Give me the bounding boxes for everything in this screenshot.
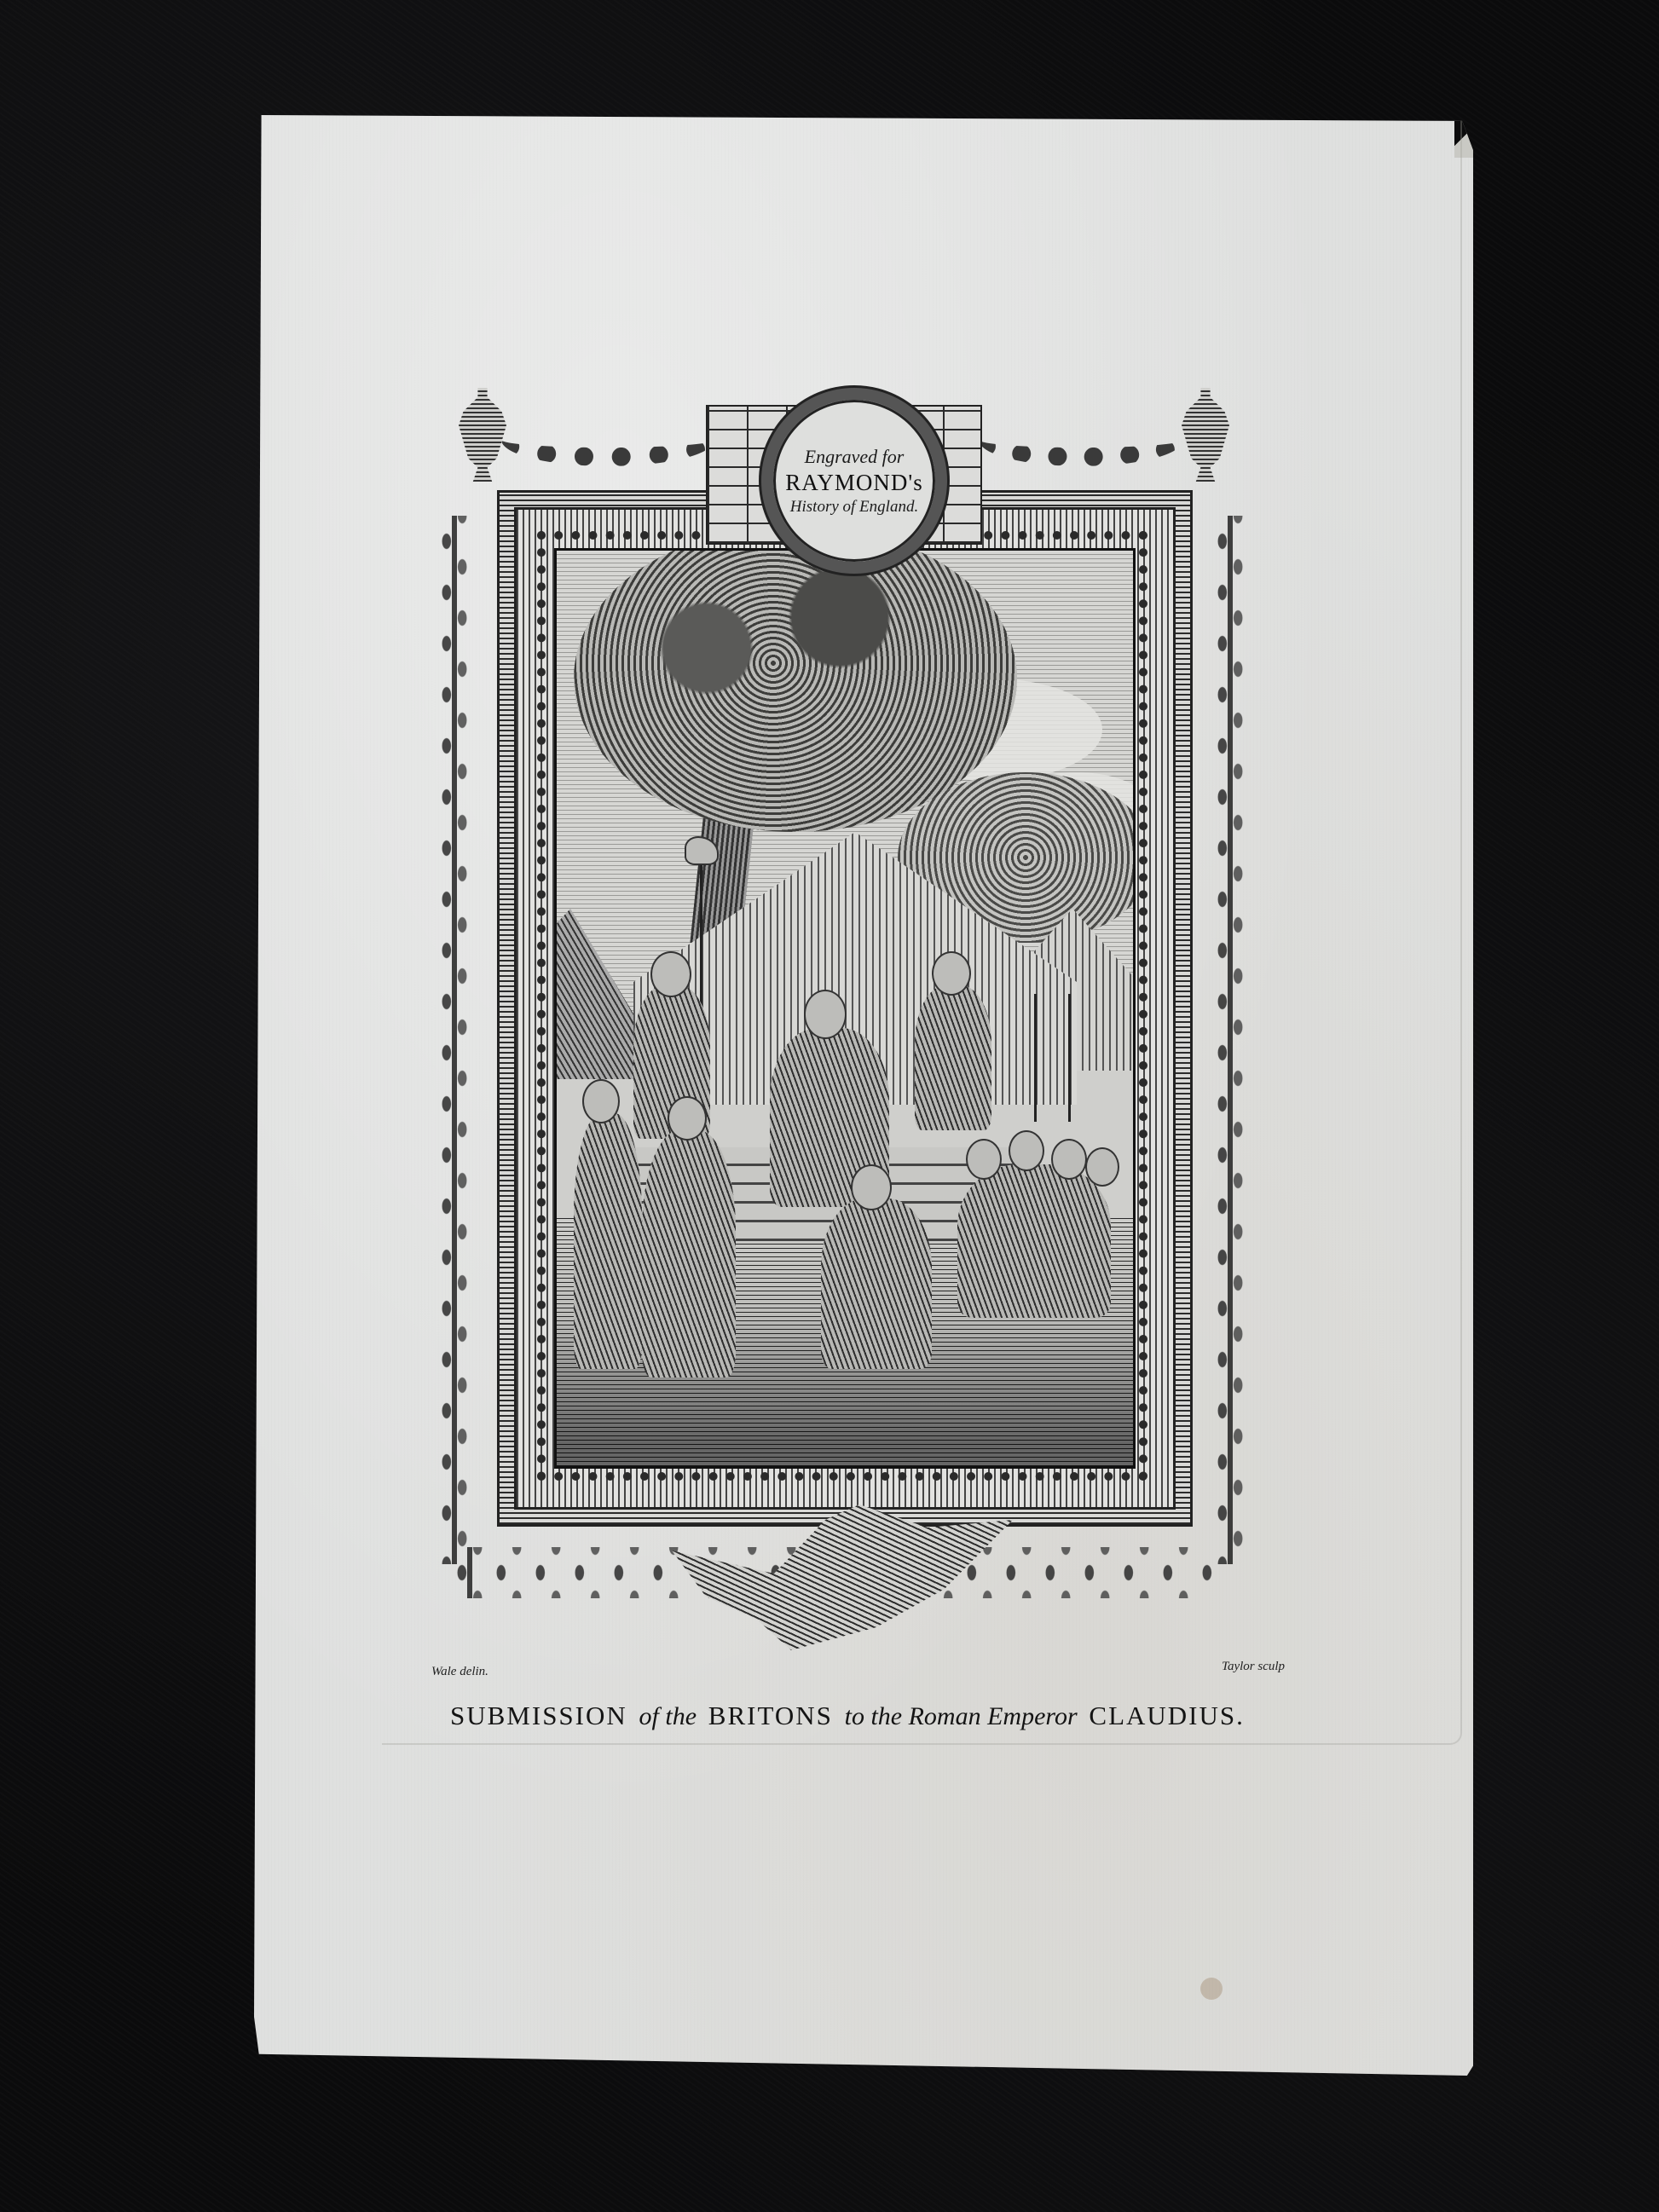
spear	[1034, 994, 1037, 1122]
officer-head	[668, 1096, 707, 1141]
foxing-spot	[1200, 1978, 1223, 2000]
right-urn-icon	[1182, 388, 1229, 482]
engraved-for-text: Engraved for	[805, 446, 905, 468]
engraving-frame: Engraved for RAYMOND's History of Englan…	[416, 388, 1269, 1615]
briton-head	[1009, 1130, 1044, 1171]
briton-head	[1051, 1139, 1087, 1180]
engraved-scene	[554, 548, 1136, 1469]
briton-head	[1085, 1147, 1119, 1187]
briton-head	[966, 1139, 1002, 1180]
artist-credit: Wale delin.	[431, 1665, 488, 1679]
left-foliage-border	[435, 516, 474, 1564]
title-britons: BRITONS	[708, 1701, 833, 1730]
title-to-the-roman-emperor: to the Roman Emperor	[845, 1702, 1078, 1730]
print-sheet: Engraved for RAYMOND's History of Englan…	[254, 115, 1473, 2076]
hooded-figure	[574, 1113, 642, 1369]
right-foliage-border	[1211, 516, 1250, 1564]
lictor-head	[932, 951, 971, 996]
briton-head	[851, 1164, 892, 1210]
emperor-head	[804, 990, 847, 1039]
hooded-head	[582, 1079, 620, 1123]
group-of-britons	[957, 1164, 1111, 1318]
medallion: Engraved for RAYMOND's History of Englan…	[761, 388, 947, 574]
title-cartouche: Engraved for RAYMOND's History of Englan…	[706, 379, 979, 575]
history-of-england-text: History of England.	[790, 498, 918, 517]
kneeling-briton	[821, 1198, 932, 1369]
title-claudius: CLAUDIUS.	[1089, 1701, 1244, 1730]
print-title: SUBMISSION of the BRITONS to the Roman E…	[450, 1701, 1388, 1731]
spear	[1068, 994, 1071, 1122]
title-submission: SUBMISSION	[450, 1701, 627, 1730]
raymonds-text: RAYMOND's	[785, 470, 922, 496]
engraver-credit: Taylor sculp	[1222, 1660, 1285, 1674]
left-garland	[501, 413, 714, 466]
soldier-head	[650, 951, 691, 997]
lictor	[915, 985, 991, 1130]
right-garland	[979, 413, 1183, 466]
roman-officer	[642, 1130, 736, 1377]
title-of-the: of the	[639, 1702, 697, 1730]
left-urn-icon	[459, 388, 506, 482]
